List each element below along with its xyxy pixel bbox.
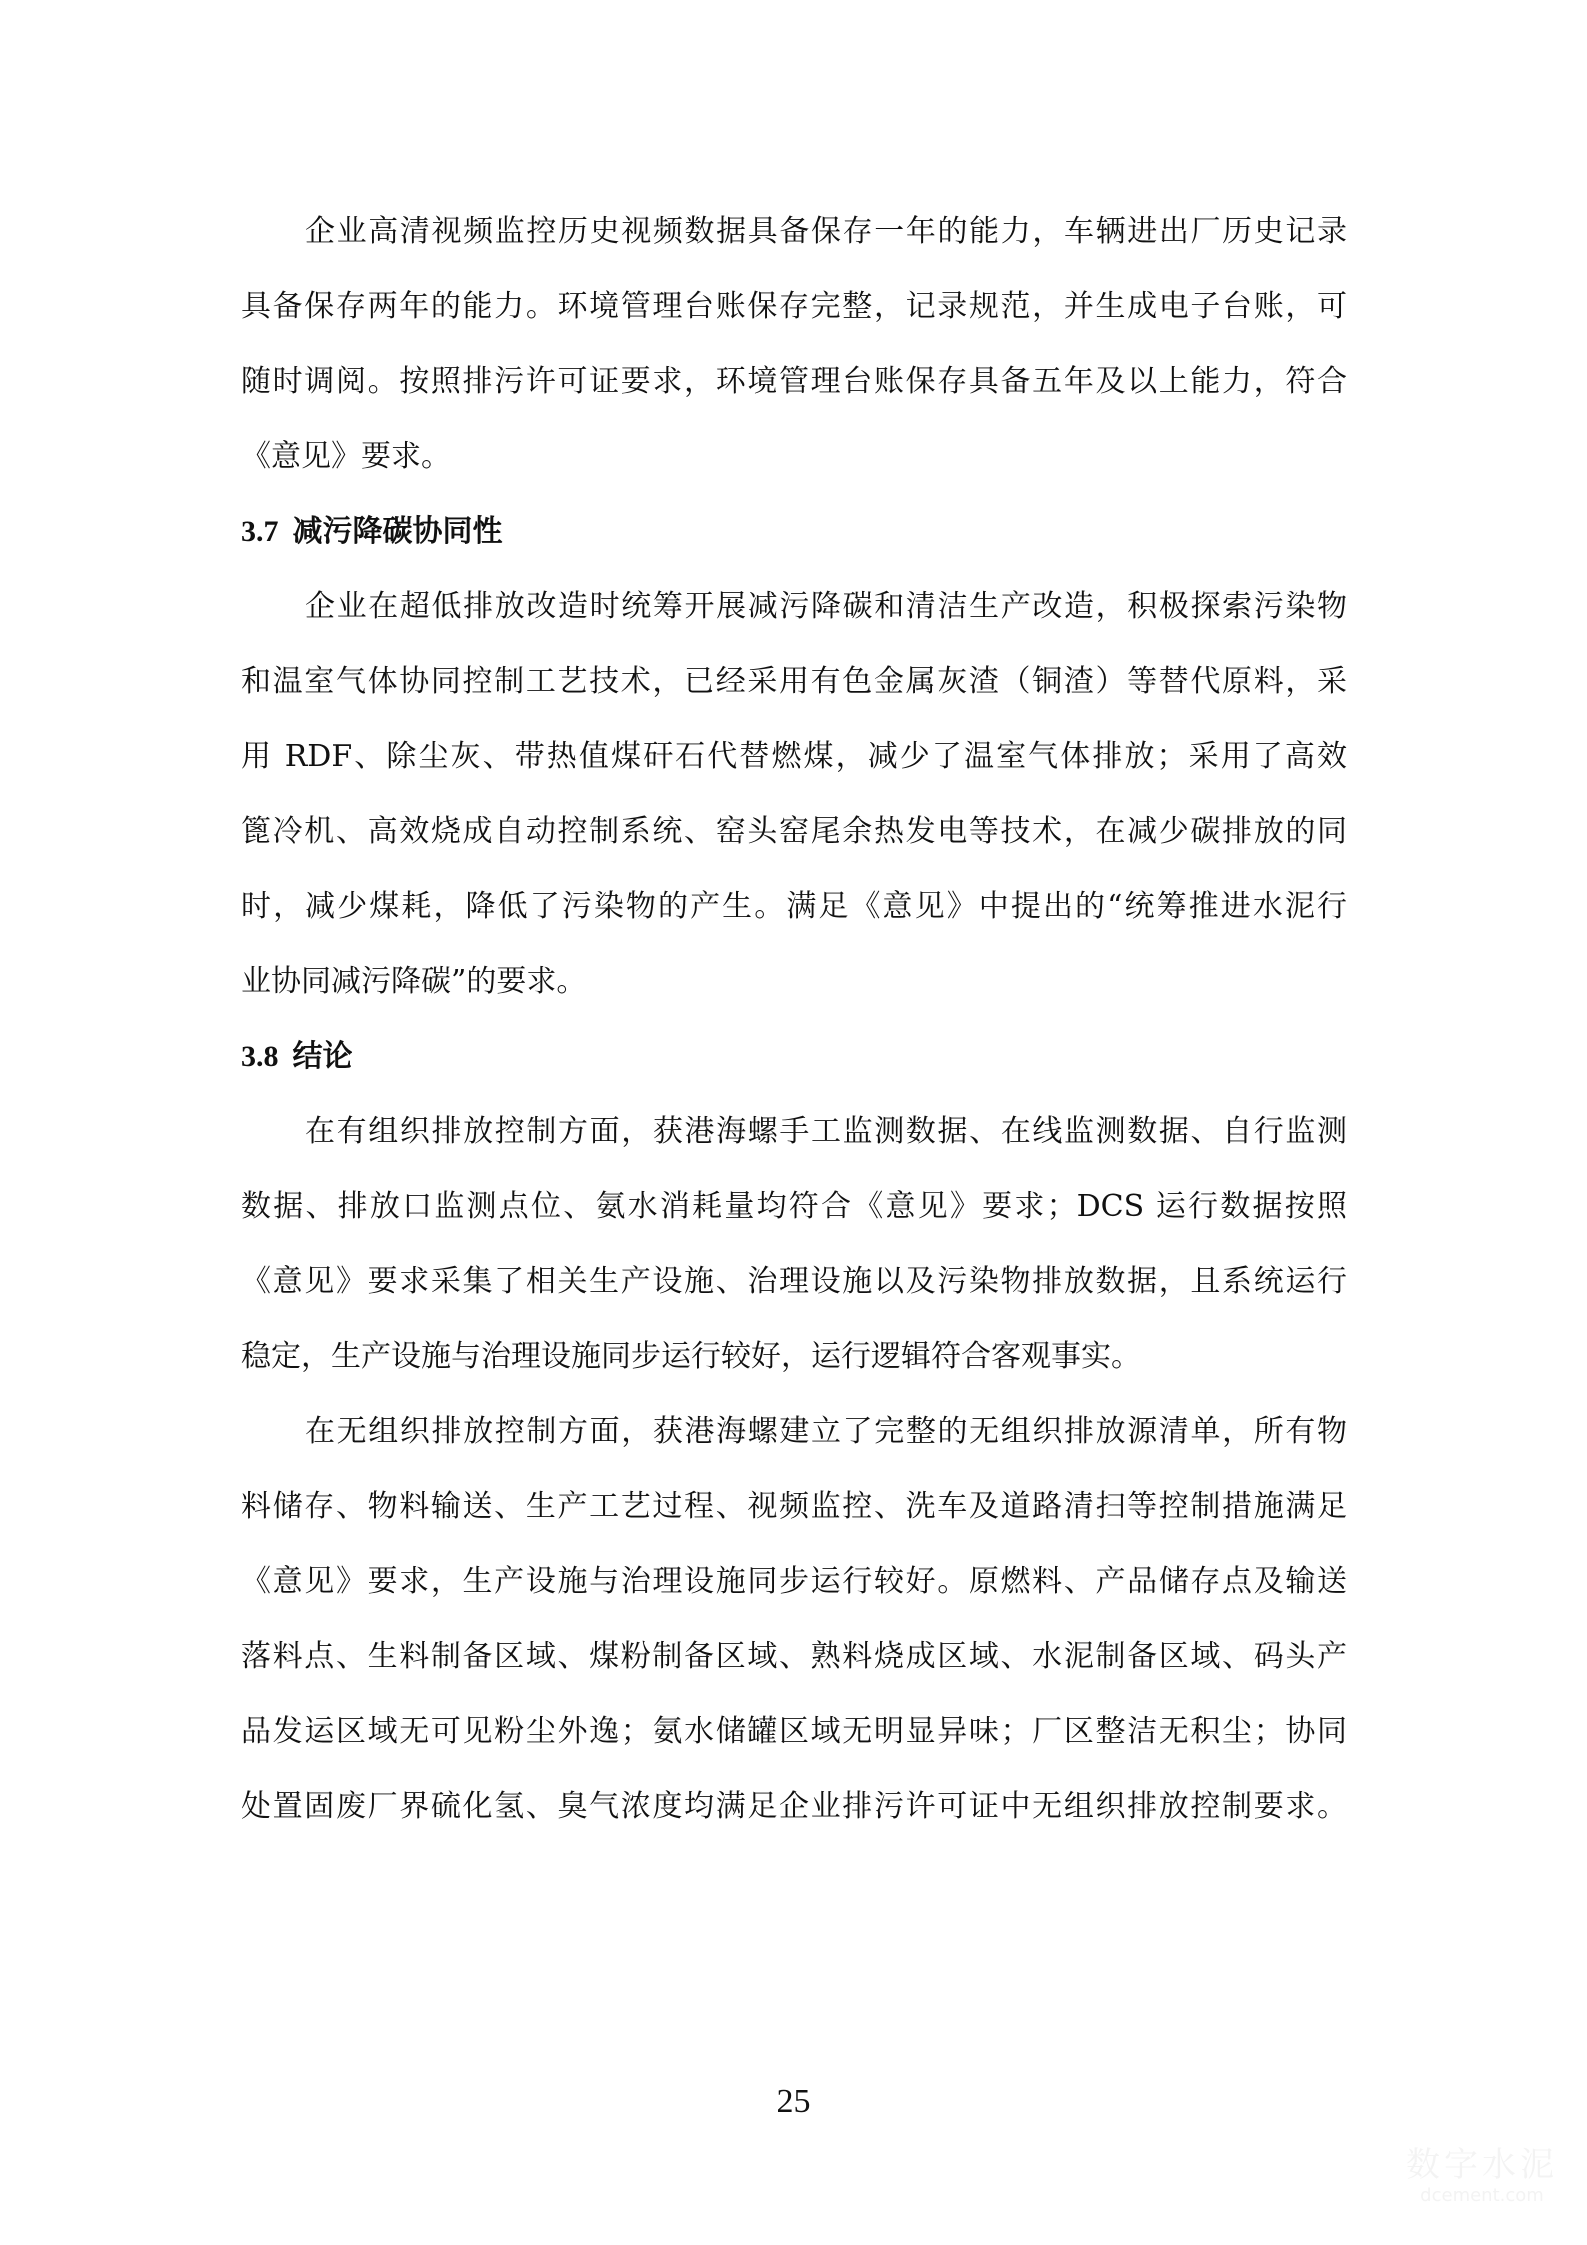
text-line: 《意见》要求采集了相关生产设施、治理设施以及污染物排放数据，且系统运行 — [241, 1262, 1347, 1302]
text-line: 用 RDF、除尘灰、带热值煤矸石代替燃煤，减少了温室气体排放；采用了高效 — [241, 737, 1347, 777]
text-line: 《意见》要求。 — [241, 437, 1347, 477]
text-line: 具备保存两年的能力。环境管理台账保存完整，记录规范，并生成电子台账，可 — [241, 287, 1347, 327]
section-heading-3-8: 3.8结论 — [241, 1037, 353, 1077]
text-line: 和温室气体协同控制工艺技术，已经采用有色金属灰渣（铜渣）等替代原料，采 — [241, 662, 1347, 702]
text-line: 随时调阅。按照排污许可证要求，环境管理台账保存具备五年及以上能力，符合 — [241, 362, 1347, 402]
text-line: 稳定，生产设施与治理设施同步运行较好，运行逻辑符合客观事实。 — [241, 1337, 1347, 1377]
text-line: 企业在超低排放改造时统筹开展减污降碳和清洁生产改造，积极探索污染物 — [305, 587, 1347, 627]
section-number: 3.7 — [241, 515, 279, 548]
text-line: 在有组织排放控制方面，获港海螺手工监测数据、在线监测数据、自行监测 — [305, 1112, 1347, 1152]
text-line: 处置固废厂界硫化氢、臭气浓度均满足企业排污许可证中无组织排放控制要求。 — [241, 1787, 1347, 1827]
text-line: 时，减少煤耗，降低了污染物的产生。满足《意见》中提出的“统筹推进水泥行 — [241, 887, 1347, 927]
text-line: 品发运区域无可见粉尘外逸；氨水储罐区域无明显异味；厂区整洁无积尘；协同 — [241, 1712, 1347, 1752]
section-number: 3.8 — [241, 1040, 279, 1073]
page-number: 25 — [0, 2082, 1587, 2122]
section-title: 减污降碳协同性 — [293, 514, 503, 549]
section-heading-3-7: 3.7减污降碳协同性 — [241, 512, 503, 552]
text-line: 篦冷机、高效烧成自动控制系统、窑头窑尾余热发电等技术，在减少碳排放的同 — [241, 812, 1347, 852]
text-line: 在无组织排放控制方面，获港海螺建立了完整的无组织排放源清单，所有物 — [305, 1412, 1347, 1452]
section-title: 结论 — [293, 1039, 353, 1074]
watermark-text-en: dcement.com — [1392, 2185, 1572, 2207]
watermark-text-cn: 数字水泥 — [1392, 2145, 1572, 2185]
text-line: 《意见》要求，生产设施与治理设施同步运行较好。原燃料、产品储存点及输送 — [241, 1562, 1347, 1602]
text-line: 料储存、物料输送、生产工艺过程、视频监控、洗车及道路清扫等控制措施满足 — [241, 1487, 1347, 1527]
watermark: 数字水泥 dcement.com — [1392, 2145, 1572, 2207]
text-line: 业协同减污降碳”的要求。 — [241, 962, 1347, 1002]
text-line: 数据、排放口监测点位、氨水消耗量均符合《意见》要求；DCS 运行数据按照 — [241, 1187, 1347, 1227]
text-line: 企业高清视频监控历史视频数据具备保存一年的能力，车辆进出厂历史记录 — [305, 212, 1347, 252]
text-line: 落料点、生料制备区域、煤粉制备区域、熟料烧成区域、水泥制备区域、码头产 — [241, 1637, 1347, 1677]
